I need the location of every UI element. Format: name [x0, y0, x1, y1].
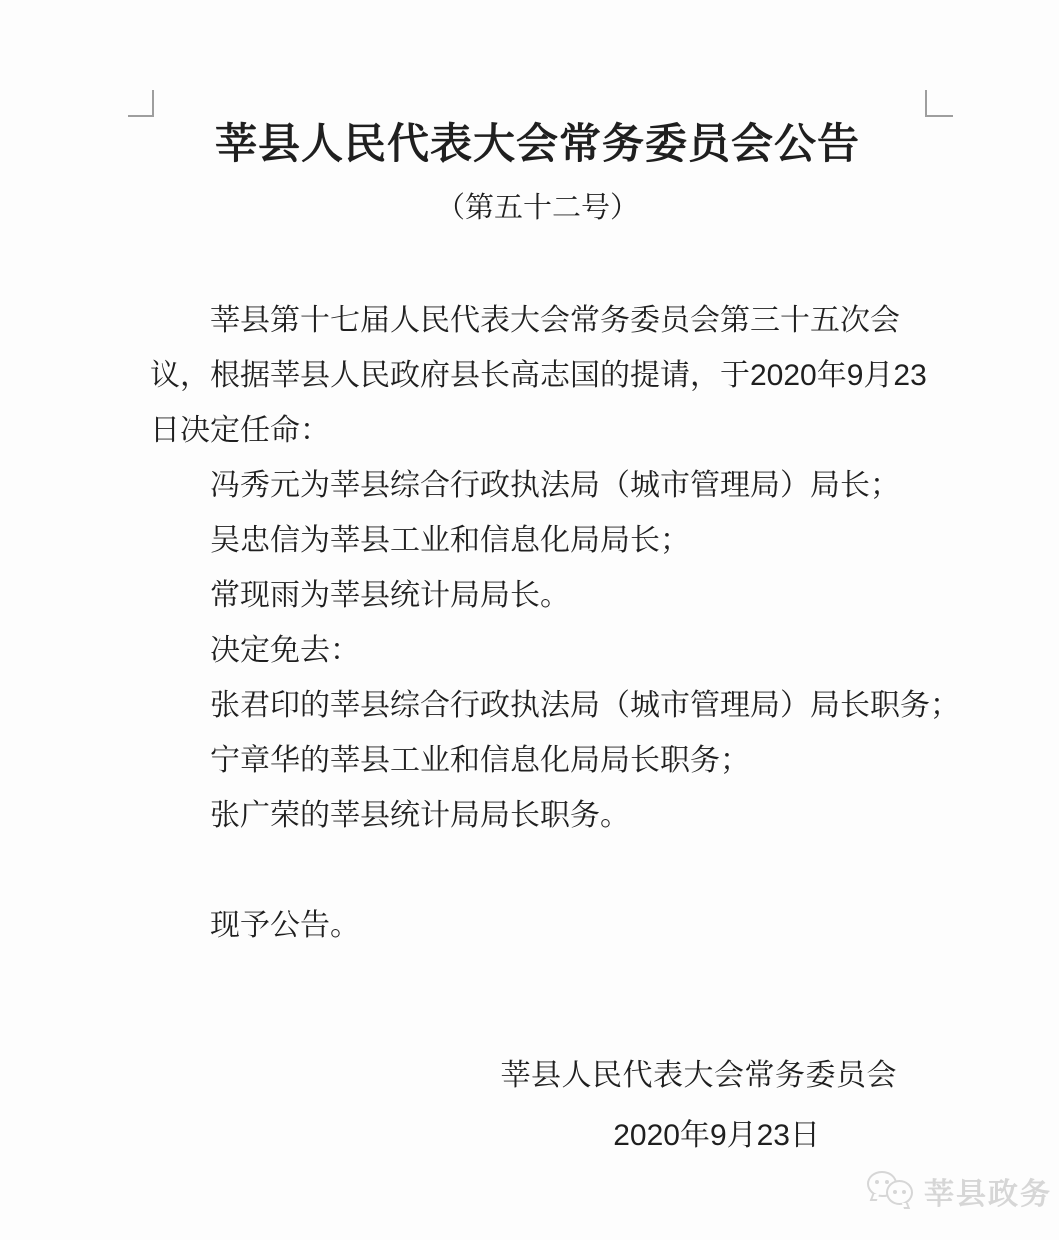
paragraph: 莘县第十七届人民代表大会常务委员会第三十五次会议，根据莘县人民政府县长高志国的提…	[150, 293, 925, 458]
body-line: 张君印的莘县综合行政执法局（城市管理局）局长职务；	[150, 678, 925, 733]
body-line: 莘县第十七届人民代表大会常务委员会第三十五次会	[150, 293, 925, 348]
body-line: 吴忠信为莘县工业和信息化局局长；	[150, 513, 925, 568]
paragraph: 张广荣的莘县统计局局长职务。	[150, 788, 925, 843]
body-line: 常现雨为莘县统计局局长。	[150, 568, 925, 623]
paragraph: 常现雨为莘县统计局局长。	[150, 568, 925, 623]
paragraph: 宁章华的莘县工业和信息化局局长职务；	[150, 733, 925, 788]
body-line: 决定免去：	[150, 623, 925, 678]
body-line: 日决定任命：	[150, 403, 925, 458]
margin-corner-mark-top-right	[927, 115, 953, 117]
paragraph: 张君印的莘县综合行政执法局（城市管理局）局长职务；	[150, 678, 925, 733]
document-page: 莘县人民代表大会常务委员会公告 （第五十二号） 莘县第十七届人民代表大会常务委员…	[0, 0, 1059, 1240]
watermark: 莘县政务	[866, 1168, 1052, 1214]
paragraph: 现予公告。	[150, 898, 925, 953]
paragraph: 决定免去：	[150, 623, 925, 678]
margin-corner-mark-top-left	[128, 115, 154, 117]
document-body: 莘县第十七届人民代表大会常务委员会第三十五次会议，根据莘县人民政府县长高志国的提…	[150, 293, 925, 953]
watermark-label: 莘县政务	[924, 1169, 1052, 1213]
paragraph: 冯秀元为莘县综合行政执法局（城市管理局）局长；	[150, 458, 925, 513]
document-number: （第五十二号）	[150, 190, 925, 226]
wechat-icon	[866, 1168, 916, 1214]
margin-corner-mark-top-right	[925, 90, 927, 117]
body-line: 张广荣的莘县统计局局长职务。	[150, 788, 925, 843]
body-line: 冯秀元为莘县综合行政执法局（城市管理局）局长；	[150, 458, 925, 513]
body-line: 宁章华的莘县工业和信息化局局长职务；	[150, 733, 925, 788]
document-title: 莘县人民代表大会常务委员会公告	[150, 120, 925, 168]
body-line: 议，根据莘县人民政府县长高志国的提请，于2020年9月23	[150, 348, 925, 403]
body-line: 现予公告。	[150, 898, 925, 953]
paragraph: 吴忠信为莘县工业和信息化局局长；	[150, 513, 925, 568]
signature-line: 莘县人民代表大会常务委员会	[501, 1048, 898, 1103]
date-line: 2020年9月23日	[613, 1108, 820, 1163]
margin-corner-mark-top-left	[152, 90, 154, 117]
